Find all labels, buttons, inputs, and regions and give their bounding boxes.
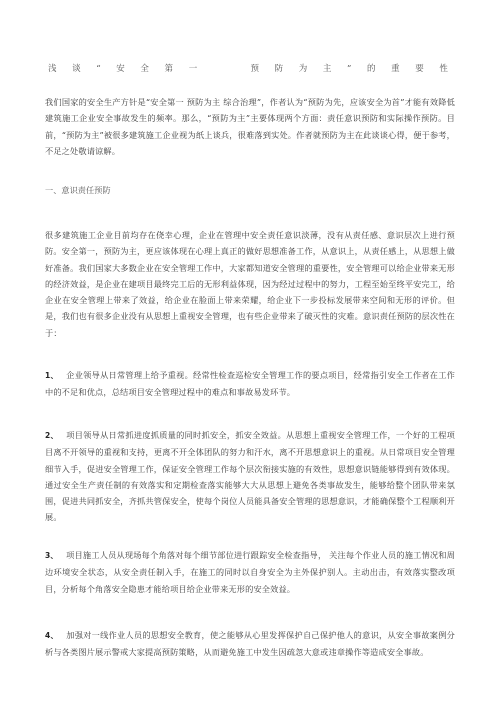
- list-item-3: 3、项目施工人员从现场每个角落对每个细节部位进行跟踪安全检查指导， 关注每个作业…: [45, 547, 455, 597]
- title-char: 为: [299, 63, 308, 75]
- document-page: 浅 谈 “ 安 全 第 一 预 防 为 主 ” 的 重 要 性 我们国家的安全生…: [0, 0, 496, 702]
- item-number: 1、: [45, 371, 58, 380]
- title-char: “: [96, 63, 100, 75]
- title-char: 的: [367, 63, 376, 75]
- item-number: 3、: [45, 551, 58, 560]
- title-char: 浅: [48, 63, 57, 75]
- section-heading: 一、意识责任预防: [45, 183, 111, 197]
- item-text: 项目施工人员从现场每个角落对每个细节部位进行跟踪安全检查指导， 关注每个作业人员…: [45, 550, 455, 594]
- item-number: 2、: [45, 431, 58, 440]
- list-item-1: 1、企业领导从日常管理上给予重视。经常性检查巡检安全管理工作的要点项目，经常指引…: [45, 367, 455, 401]
- section-body: 很多建筑施工企业目前均存在侥幸心理，企业在管理中安全责任意识淡薄，没有从责任感、…: [45, 227, 455, 341]
- title-char: 性: [439, 63, 448, 75]
- intro-paragraph: 我们国家的安全生产方针是“安全第一 预防为主 综合治理”，作者认为“预防为先，应…: [45, 94, 455, 159]
- list-item-2: 2、项目领导从日常抓进度抓质量的同时抓安全，抓安全效益。从思想上重视安全管理工作…: [45, 427, 455, 526]
- item-text: 加强对一线作业人员的思想安全教育，使之能够从心里发挥保护自己保护他人的意识，从安…: [45, 630, 455, 657]
- item-text: 项目领导从日常抓进度抓质量的同时抓安全，抓安全效益。从思想上重视安全管理工作，一…: [45, 430, 455, 522]
- title-char: 要: [415, 63, 424, 75]
- item-number: 4、: [45, 631, 58, 640]
- title-char: 防: [275, 63, 284, 75]
- title-gap: [213, 63, 235, 75]
- title-char: 主: [323, 63, 332, 75]
- title-char: 全: [140, 63, 149, 75]
- title-char: 谈: [72, 63, 81, 75]
- title-char: 重: [391, 63, 400, 75]
- title-char: ”: [347, 63, 351, 75]
- document-title: 浅 谈 “ 安 全 第 一 预 防 为 主 ” 的 重 要 性: [48, 63, 448, 75]
- title-char: 安: [116, 63, 125, 75]
- title-char: 一: [189, 63, 198, 75]
- title-char: 预: [250, 63, 259, 75]
- list-item-4: 4、加强对一线作业人员的思想安全教育，使之能够从心里发挥保护自己保护他人的意识，…: [45, 627, 455, 661]
- item-text: 企业领导从日常管理上给予重视。经常性检查巡检安全管理工作的要点项目，经常指引安全…: [45, 370, 455, 397]
- title-char: 第: [165, 63, 174, 75]
